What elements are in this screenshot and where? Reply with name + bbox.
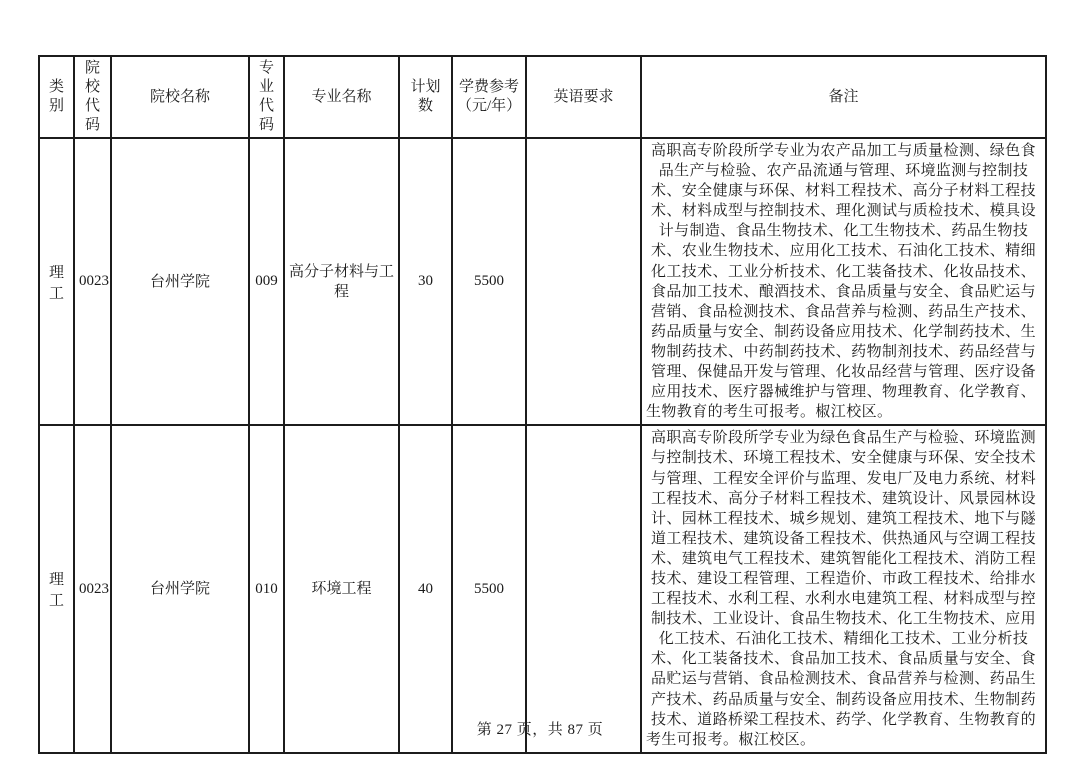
col-header-college-code: 院校代码 <box>74 56 111 138</box>
col-header-college-name: 院校名称 <box>111 56 249 138</box>
table-row: 理工 0023 台州学院 009 高分子材料与工程 30 5500 高职高专阶段… <box>39 138 1046 425</box>
cell-college-code: 0023 <box>74 138 111 425</box>
cell-category: 理工 <box>39 425 74 753</box>
cell-plan-count: 30 <box>399 138 452 425</box>
page-number-indicator: 第 27 页，共 87 页 <box>0 718 1080 739</box>
col-header-remark: 备注 <box>641 56 1046 138</box>
col-header-major-code: 专业代码 <box>249 56 284 138</box>
cell-remark: 高职高专阶段所学专业为农产品加工与质量检测、绿色食品生产与检验、农产品流通与管理… <box>641 138 1046 425</box>
cell-remark: 高职高专阶段所学专业为绿色食品生产与检验、环境监测与控制技术、环境工程技术、安全… <box>641 425 1046 753</box>
col-header-category: 类别 <box>39 56 74 138</box>
admission-plan-table: 类别 院校代码 院校名称 专业代码 专业名称 计划数 学费参考（元/年） 英语要… <box>38 55 1047 754</box>
col-header-plan-count: 计划数 <box>399 56 452 138</box>
col-header-english-req: 英语要求 <box>526 56 641 138</box>
cell-tuition: 5500 <box>452 138 526 425</box>
document-page: 类别 院校代码 院校名称 专业代码 专业名称 计划数 学费参考（元/年） 英语要… <box>0 0 1080 764</box>
table-row: 理工 0023 台州学院 010 环境工程 40 5500 高职高专阶段所学专业… <box>39 425 1046 753</box>
cell-plan-count: 40 <box>399 425 452 753</box>
cell-college-code: 0023 <box>74 425 111 753</box>
col-header-tuition: 学费参考（元/年） <box>452 56 526 138</box>
col-header-major-name: 专业名称 <box>284 56 399 138</box>
cell-major-name: 高分子材料与工程 <box>284 138 399 425</box>
cell-tuition: 5500 <box>452 425 526 753</box>
cell-english-req <box>526 425 641 753</box>
cell-category: 理工 <box>39 138 74 425</box>
cell-major-code: 009 <box>249 138 284 425</box>
cell-college-name: 台州学院 <box>111 138 249 425</box>
header-row: 类别 院校代码 院校名称 专业代码 专业名称 计划数 学费参考（元/年） 英语要… <box>39 56 1046 138</box>
cell-english-req <box>526 138 641 425</box>
cell-major-name: 环境工程 <box>284 425 399 753</box>
cell-college-name: 台州学院 <box>111 425 249 753</box>
cell-major-code: 010 <box>249 425 284 753</box>
